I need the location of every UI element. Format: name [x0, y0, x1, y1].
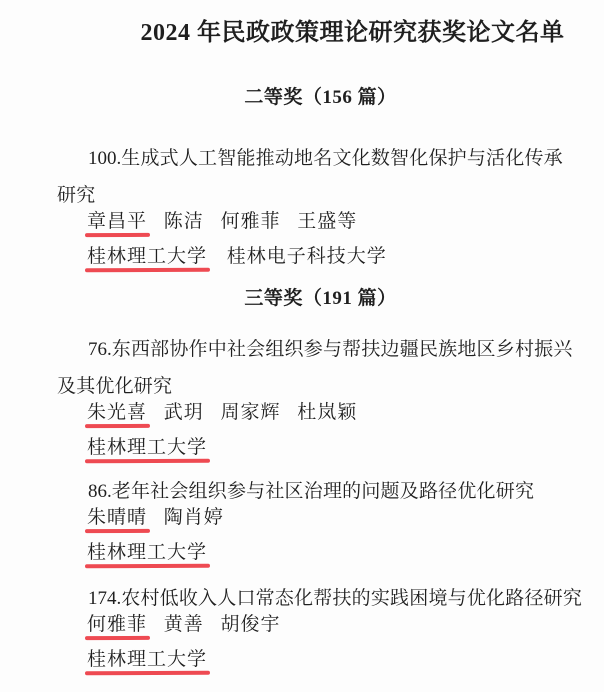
paper-title: 100.生成式人工智能推动地名文化数智化保护与活化传承 研究: [57, 140, 584, 214]
author-name: 武玥: [164, 402, 204, 423]
paper-entry-86: 86.老年社会组织参与社区治理的问题及路径优化研究 朱晴晴 陶肖婷 桂林理工大学: [57, 473, 584, 568]
paper-number: 174.: [88, 588, 121, 609]
paper-entry-174: 174.农村低收入人口常态化帮扶的实践困境与优化路径研究 何雅菲 黄善 胡俊宇 …: [57, 580, 584, 675]
paper-entry-76: 76.东西部协作中社会组织参与帮扶边疆民族地区乡村振兴 及其优化研究 朱光喜 武…: [57, 331, 584, 463]
author-name: 陶肖婷: [164, 507, 224, 528]
paper-number: 100.: [88, 148, 121, 169]
highlighted-author-name: 何雅菲: [87, 614, 147, 635]
highlighted-institution-name: 桂林理工大学: [87, 542, 207, 563]
highlighted-author-name: 朱光喜: [87, 402, 147, 423]
highlighted-institution-name: 桂林理工大学: [87, 246, 207, 267]
highlighted-author-name: 朱晴晴: [87, 507, 147, 528]
author-list: 朱光喜 武玥 周家辉 杜岚颖: [57, 398, 584, 428]
paper-title: 76.东西部协作中社会组织参与帮扶边疆民族地区乡村振兴 及其优化研究: [57, 331, 584, 405]
institution-list: 桂林理工大学: [57, 538, 584, 568]
document-title: 2024 年民政政策理论研究获奖论文名单: [121, 14, 584, 52]
paper-title-text: 农村低收入人口常态化帮扶的实践困境与优化路径研究: [121, 588, 582, 609]
author-name: 陈洁: [164, 211, 204, 232]
paper-title-text: 东西部协作中社会组织参与帮扶边疆民族地区乡村振兴: [112, 339, 573, 360]
author-list: 章昌平 陈洁 何雅菲 王盛等: [57, 207, 584, 237]
highlighted-institution-name: 桂林理工大学: [87, 437, 207, 458]
paper-title-line: 76.东西部协作中社会组织参与帮扶边疆民族地区乡村振兴: [57, 331, 584, 368]
award-document-page: 2024 年民政政策理论研究获奖论文名单 二等奖（156 篇） 100.生成式人…: [0, 0, 604, 692]
paper-entry-100: 100.生成式人工智能推动地名文化数智化保护与活化传承 研究 章昌平 陈洁 何雅…: [57, 140, 584, 272]
paper-title-text: 老年社会组织参与社区治理的问题及路径优化研究: [112, 481, 534, 502]
institution-list: 桂林理工大学: [57, 645, 584, 675]
paper-number: 86.: [88, 481, 112, 502]
author-name: 黄善: [164, 614, 204, 635]
institution-list: 桂林理工大学 桂林电子科技大学: [57, 242, 584, 272]
author-name: 胡俊宇: [221, 614, 281, 635]
highlighted-institution-name: 桂林理工大学: [87, 649, 207, 670]
institution-list: 桂林理工大学: [57, 433, 584, 463]
paper-title-text: 生成式人工智能推动地名文化数智化保护与活化传承: [121, 148, 563, 169]
paper-title-line: 100.生成式人工智能推动地名文化数智化保护与活化传承: [57, 140, 584, 177]
author-name: 何雅菲: [221, 211, 281, 232]
author-name: 周家辉: [221, 402, 281, 423]
author-name: 杜岚颖: [297, 402, 357, 423]
award-level-heading-third-prize: 三等奖（191 篇）: [57, 285, 584, 313]
highlighted-author-name: 章昌平: [87, 211, 147, 232]
author-name: 王盛等: [297, 211, 357, 232]
institution-name: 桂林电子科技大学: [227, 246, 387, 267]
award-level-heading-second-prize: 二等奖（156 篇）: [57, 84, 584, 112]
paper-number: 76.: [88, 339, 112, 360]
